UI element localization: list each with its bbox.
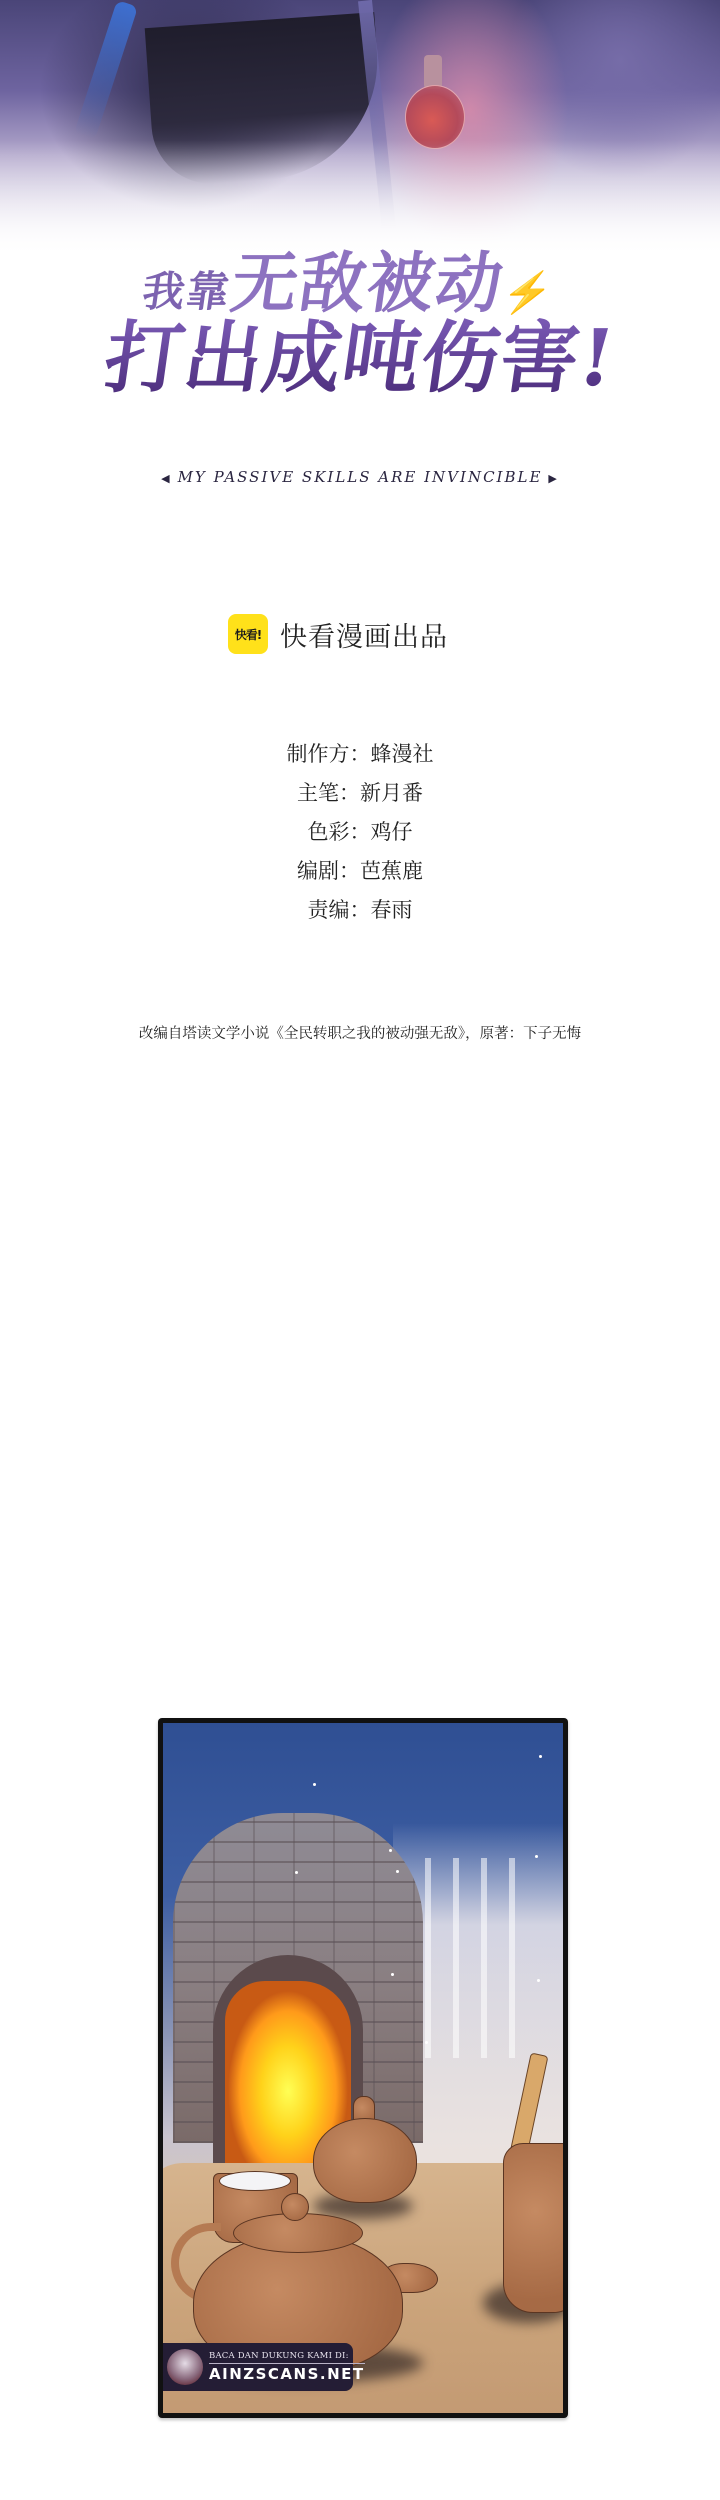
cover-fade xyxy=(0,140,720,260)
credit-row-colorist: 色彩：鸡仔 xyxy=(0,813,720,852)
kuaikan-logo-icon: 快看! xyxy=(228,614,268,654)
clay-pot xyxy=(313,2118,417,2203)
left-triangle-icon: ◀ xyxy=(161,472,171,485)
adaptation-note: 改编自塔读文学小说《全民转职之我的被动强无敌》，原著：下子无悔 xyxy=(0,1022,720,1043)
ember-spark xyxy=(389,1849,392,1852)
window-bar xyxy=(425,1858,431,2058)
clay-jug xyxy=(503,2143,563,2313)
staff-credits: 制作方：蜂漫社 主笔：新月番 色彩：鸡仔 编剧：芭蕉鹿 责编：春雨 xyxy=(0,735,720,930)
window-bar xyxy=(509,1858,515,2058)
comic-panel: BACA DAN DUKUNG KAMI DI: AINZSCANS.NET xyxy=(158,1718,568,2418)
cover-art xyxy=(0,0,720,260)
subtitle-text: MY PASSIVE SKILLS ARE INVINCIBLE xyxy=(178,468,543,486)
ember-spark xyxy=(391,1973,394,1976)
comic-title-logo: 我靠无敌被动⚡ 打出成吨伤害! xyxy=(0,250,720,400)
publisher-name: 快看漫画出品 xyxy=(280,615,448,654)
title-line-2: 打出成吨伤害! xyxy=(0,318,720,400)
window-bar xyxy=(453,1858,459,2058)
title-line-1: 我靠无敌被动⚡ xyxy=(139,250,560,316)
credit-row-writer: 编剧：芭蕉鹿 xyxy=(0,852,720,891)
watermark-site: AINZSCANS.NET xyxy=(209,2365,365,2383)
ember-spark xyxy=(396,1870,399,1873)
credit-row-artist: 主笔：新月番 xyxy=(0,774,720,813)
cup-milk xyxy=(219,2171,291,2191)
scanlator-logo-icon xyxy=(167,2349,203,2385)
english-subtitle: ◀MY PASSIVE SKILLS ARE INVINCIBLE▶ xyxy=(0,468,720,486)
ember-spark xyxy=(539,1755,542,1758)
ember-spark xyxy=(537,1979,540,1982)
publisher-credit: 快看! 快看漫画出品 xyxy=(228,613,448,655)
credit-row-producer: 制作方：蜂漫社 xyxy=(0,735,720,774)
ember-spark xyxy=(535,1855,538,1858)
cover-rune-staff xyxy=(74,0,138,140)
cover-flask-neck xyxy=(424,55,442,89)
credit-row-editor: 责编：春雨 xyxy=(0,891,720,930)
right-triangle-icon: ▶ xyxy=(548,472,558,485)
scanlator-watermark: BACA DAN DUKUNG KAMI DI: AINZSCANS.NET xyxy=(163,2343,353,2391)
ember-spark xyxy=(313,1783,316,1786)
window-bar xyxy=(481,1858,487,2058)
panel-scene: BACA DAN DUKUNG KAMI DI: AINZSCANS.NET xyxy=(163,1723,563,2413)
title-main: 无敌被动 xyxy=(227,244,510,322)
title-prefix: 我靠 xyxy=(139,267,234,316)
ember-spark xyxy=(295,1871,298,1874)
teapot-knob xyxy=(281,2193,309,2221)
lightning-icon: ⚡ xyxy=(499,269,557,316)
watermark-text: BACA DAN DUKUNG KAMI DI: AINZSCANS.NET xyxy=(209,2351,365,2383)
ember-spark xyxy=(425,2041,428,2044)
watermark-tagline: BACA DAN DUKUNG KAMI DI: xyxy=(209,2351,365,2364)
